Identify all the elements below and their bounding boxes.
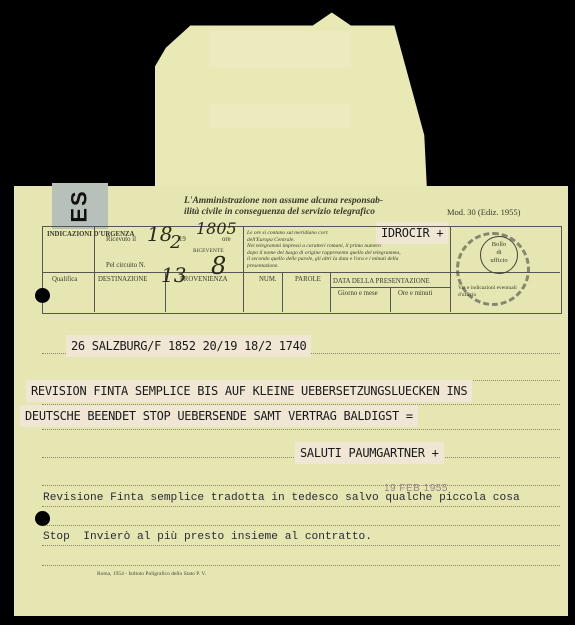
disclaimer-line-1: L'Amministrazione non assume alcuna resp… bbox=[184, 196, 383, 207]
disclaimer: L'Amministrazione non assume alcuna resp… bbox=[184, 196, 383, 218]
message-signature: SALUTI PAUMGARTNER + bbox=[295, 442, 444, 464]
message-line-2: DEUTSCHE BEENDET STOP UEBERSENDE SAMT VE… bbox=[20, 405, 418, 427]
col-giorno-mese: Giorno e mese bbox=[338, 290, 378, 298]
message-line-1: REVISION FINTA SEMPLICE BIS AUF KLEINE U… bbox=[26, 380, 472, 402]
dotted-rule bbox=[42, 565, 560, 566]
priority-sticker: ES bbox=[52, 183, 108, 229]
form-model: Mod. 30 (Ediz. 1955) bbox=[447, 207, 520, 217]
col-qualifica: Qualifica bbox=[52, 276, 77, 284]
handwritten-year: 1805 bbox=[196, 219, 237, 238]
col-parole: PAROLE bbox=[295, 276, 321, 284]
label-via: Via e indicazioni eventuali d'ufficio bbox=[458, 285, 528, 298]
col-ore-minuti: Ore e minuti bbox=[398, 290, 432, 298]
grid-line bbox=[390, 287, 391, 312]
translation-line-2: Stop Invierò al più presto insieme al co… bbox=[43, 531, 520, 544]
envelope-flap bbox=[155, 5, 427, 191]
handtyped-translation: Revisione Finta semplice tradotta in ted… bbox=[43, 466, 520, 557]
grid-line bbox=[330, 272, 331, 312]
punch-hole bbox=[35, 288, 50, 303]
disclaimer-line-2: ilità civile in conseguenza del servizio… bbox=[184, 207, 383, 218]
sticker-label: ES bbox=[67, 189, 93, 222]
punch-hole bbox=[35, 511, 50, 526]
dotted-rule bbox=[42, 429, 560, 430]
handwritten-day: 18 bbox=[147, 222, 172, 246]
grid-line bbox=[243, 226, 244, 312]
transmission-header-tape: 26 SALZBURG/F 1852 20/19 18/2 1740 bbox=[66, 335, 311, 357]
notes-line: dopo il nome del luogo di origine rappre… bbox=[247, 250, 437, 257]
flap-tape-lower bbox=[209, 104, 350, 128]
notes-line: il secondo quello delle parole, gli altr… bbox=[247, 256, 437, 263]
printer-imprint: Roma, 1954 - Istituto Poligrafico dello … bbox=[97, 571, 206, 577]
translation-line-1: Revisione Finta semplice tradotta in ted… bbox=[43, 492, 520, 505]
col-data-presentazione: DATA DELLA PRESENTAZIONE bbox=[333, 278, 430, 286]
notes-line: Nei telegrammi impressi a caratteri roma… bbox=[247, 243, 437, 250]
received-date-stamp: 19 FEB 1955 bbox=[384, 483, 448, 494]
col-provenienza: PROVENIENZA bbox=[180, 276, 228, 284]
handwritten-month: 2 bbox=[170, 232, 181, 253]
col-destinazione: DESTINAZIONE bbox=[98, 276, 147, 284]
grid-line bbox=[282, 272, 283, 312]
flap-tape-upper bbox=[209, 31, 350, 68]
time-notes: Le ore si contano sul meridiano corr. de… bbox=[247, 230, 437, 270]
notes-line: Le ore si contano sul meridiano corr. bbox=[247, 230, 437, 237]
notes-line: dell'Europa Centrale. bbox=[247, 237, 437, 244]
label-circuit: Pel circuito N. bbox=[106, 262, 145, 270]
grid-line bbox=[450, 226, 451, 312]
label-received: Ricevuto il bbox=[106, 236, 136, 244]
col-num: NUM. bbox=[259, 276, 277, 284]
notes-line: presentazione. bbox=[247, 263, 437, 270]
